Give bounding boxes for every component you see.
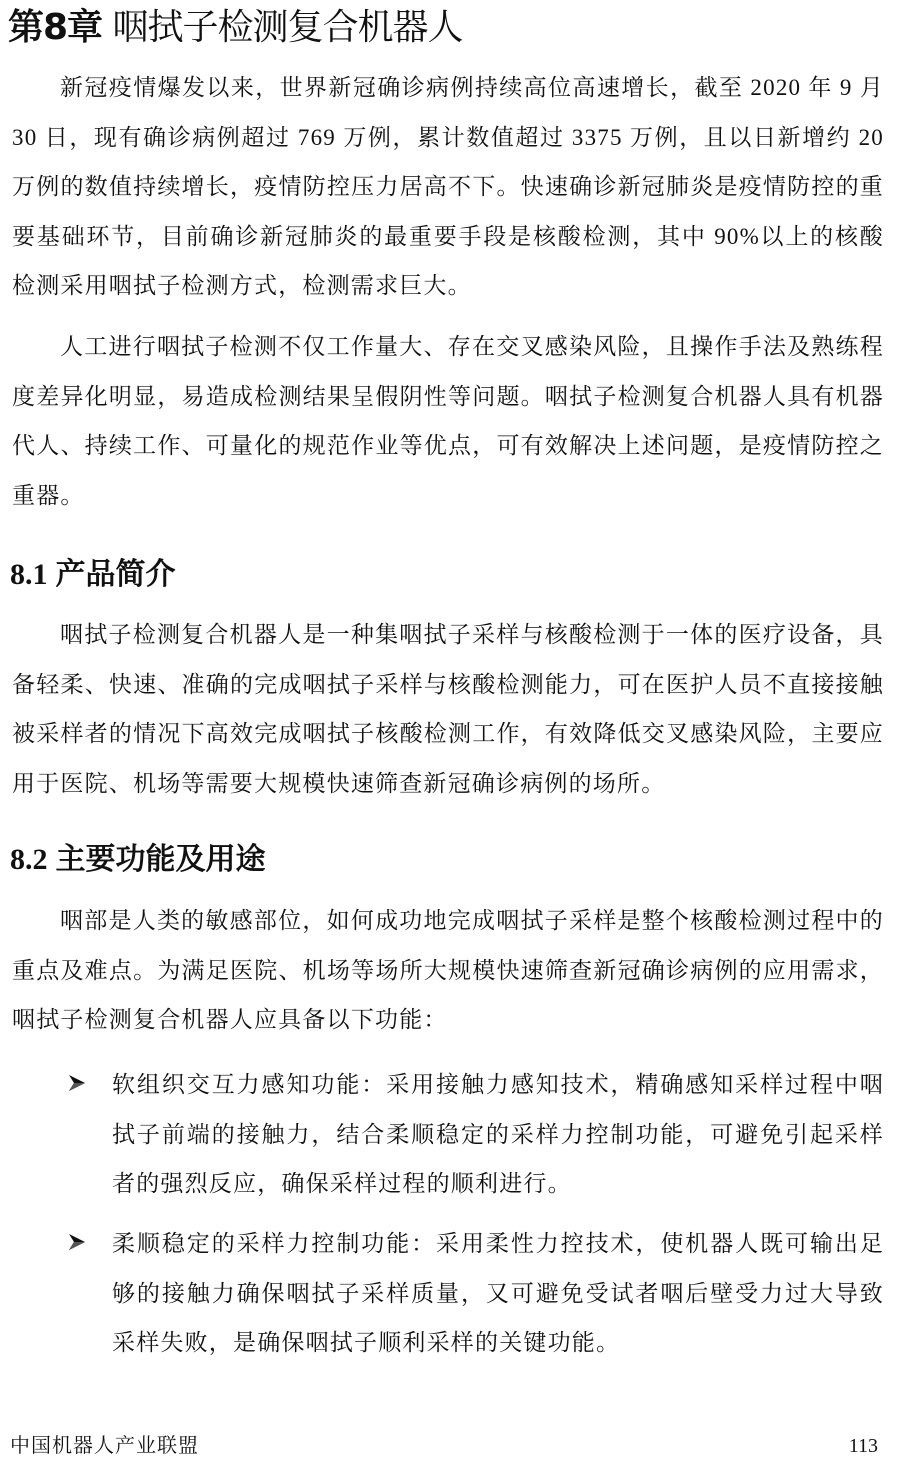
arrow-bullet-icon xyxy=(68,1074,86,1092)
footer-organization: 中国机器人产业联盟 xyxy=(10,1433,199,1459)
chapter-title-text: 咽拭子检测复合机器人 xyxy=(113,7,463,48)
section-number: 8.1 xyxy=(10,558,48,591)
section-title-text: 主要功能及用途 xyxy=(56,842,266,877)
section-title-8-2: 8.2主要功能及用途 xyxy=(10,840,266,880)
document-page: 第8章 咽拭子检测复合机器人 新冠疫情爆发以来，世界新冠确诊病例持续高位高速增长… xyxy=(0,0,900,1477)
section-title-8-1: 8.1产品简介 xyxy=(10,555,176,595)
intro-paragraph-1: 新冠疫情爆发以来，世界新冠确诊病例持续高位高速增长，截至 2020 年 9 月 … xyxy=(12,63,884,311)
arrow-bullet-icon xyxy=(68,1233,86,1251)
bullet-text: 柔顺稳定的采样力控制功能：采用柔性力控技术，使机器人既可输出足够的接触力确保咽拭… xyxy=(112,1219,884,1368)
bullet-text: 软组织交互力感知功能：采用接触力感知技术，精确感知采样过程中咽拭子前端的接触力，… xyxy=(112,1060,884,1209)
intro-paragraph-2: 人工进行咽拭子检测不仅工作量大、存在交叉感染风险，且操作手法及熟练程度差异化明显… xyxy=(12,322,884,520)
page-number: 113 xyxy=(849,1433,878,1459)
section-title-text: 产品简介 xyxy=(56,557,176,592)
chapter-title: 第8章 咽拭子检测复合机器人 xyxy=(8,4,463,52)
chapter-number: 第8章 xyxy=(8,7,102,48)
section-number: 8.2 xyxy=(10,843,48,876)
section-8-1-paragraph: 咽拭子检测复合机器人是一种集咽拭子采样与核酸检测于一体的医疗设备，具备轻柔、快速… xyxy=(12,610,884,808)
section-8-2-paragraph: 咽部是人类的敏感部位，如何成功地完成咽拭子采样是整个核酸检测过程中的重点及难点。… xyxy=(12,896,884,1045)
